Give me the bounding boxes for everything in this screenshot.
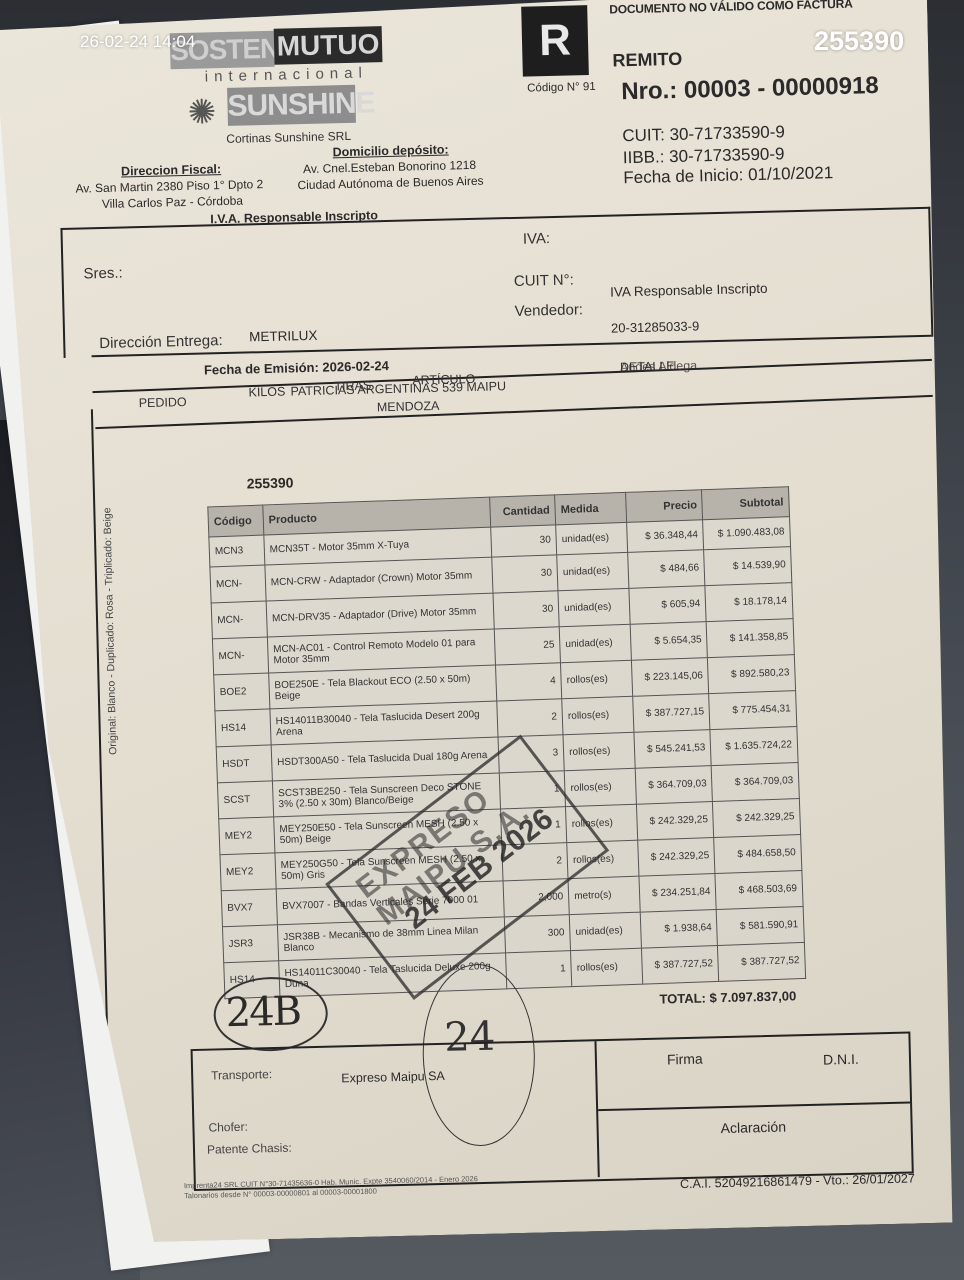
start-date: Fecha de Inicio: 01/10/2021 [623, 163, 833, 188]
cell-quantity: 25 [495, 627, 561, 665]
document-code: Código N° 91 [527, 81, 596, 95]
cell-subtotal: $ 484.658,50 [714, 835, 802, 874]
reference-number-overlay: 255390 [814, 26, 904, 57]
cell-quantity: 30 [491, 525, 557, 557]
dni-label: D.N.I. [823, 1051, 859, 1068]
cell-code: MEY2 [220, 853, 276, 891]
client-cuit-label: CUIT N°: [514, 271, 574, 289]
cell-quantity: 30 [492, 555, 558, 593]
company-cuit: CUIT: 30-71733590-9 [622, 122, 785, 146]
cell-price: $ 545.241,53 [634, 730, 712, 769]
cell-price: $ 223.145,06 [631, 658, 709, 697]
deposit-address-line2: Ciudad Autónoma de Buenos Aires [297, 174, 483, 193]
cell-price: $ 234.251,84 [639, 874, 717, 913]
cell-subtotal: $ 14.539,90 [704, 547, 792, 586]
cell-unit: unidad(es) [569, 912, 641, 950]
cell-quantity: 30 [493, 591, 559, 629]
cell-price: $ 5.654,35 [630, 622, 708, 661]
cell-unit: unidad(es) [558, 588, 630, 626]
cell-subtotal: $ 364.709,03 [712, 763, 800, 802]
cell-price: $ 387.727,15 [632, 694, 710, 733]
handwritten-note: 24B [225, 988, 300, 1036]
deposit-address-line1: Av. Cnel.Esteban Bonorino 1218 [303, 158, 476, 176]
cell-unit: rollos(es) [563, 732, 635, 770]
cell-unit: metro(s) [568, 876, 640, 914]
logo-sunshine: SUNSHINE [227, 85, 356, 126]
cell-price: $ 242.329,25 [637, 838, 715, 877]
cell-subtotal: $ 775.454,31 [709, 691, 797, 730]
cell-code: MCN- [210, 565, 266, 603]
footer-box [191, 1031, 914, 1191]
cell-unit: unidad(es) [556, 522, 628, 554]
clarification-label: Aclaración [720, 1119, 786, 1137]
logo-internacional: internacional [205, 64, 368, 85]
cell-code: JSR3 [222, 925, 278, 963]
sres-label: Sres.: [83, 265, 123, 283]
transport-label: Transporte: [211, 1067, 272, 1082]
cell-quantity: 2 [497, 699, 563, 737]
cell-price: $ 242.329,25 [636, 802, 714, 841]
cell-code: MCN- [211, 601, 267, 639]
cell-quantity: 4 [496, 663, 562, 701]
cell-code: MCN- [212, 637, 268, 675]
cell-unit: unidad(es) [559, 624, 631, 662]
document-letter: R [521, 5, 589, 77]
cell-price: $ 1.938,64 [640, 909, 718, 948]
cell-subtotal: $ 1.635.724,22 [710, 727, 798, 766]
logo-mutuo: MUTUO [274, 26, 383, 65]
cell-price: $ 484,66 [627, 550, 705, 589]
plate-label: Patente Chasis: [207, 1141, 292, 1157]
cell-unit: rollos(es) [562, 696, 634, 734]
issue-date: Fecha de Emisión: 2026-02-24 [204, 358, 389, 378]
cell-unit: unidad(es) [557, 552, 629, 590]
cell-quantity: 1 [506, 951, 572, 989]
cell-unit: rollos(es) [571, 948, 643, 986]
camera-timestamp: 26-02-24 14:04 [80, 32, 195, 52]
iva-label: IVA: [523, 230, 551, 248]
document-number: Nro.: 00003 - 00000918 [621, 72, 879, 106]
cell-subtotal: $ 141.358,85 [707, 619, 795, 658]
sun-icon: ✺ [187, 92, 216, 133]
fiscal-address-line2: Villa Carlos Paz - Córdoba [102, 194, 243, 211]
not-valid-notice: DOCUMENTO NO VÁLIDO COMO FACTURA [609, 0, 853, 17]
vendor-value: 20-31285033-9 [611, 318, 700, 335]
cell-subtotal: $ 892.580,23 [708, 655, 796, 694]
vendor-label: Vendedor: [514, 301, 583, 320]
driver-label: Chofer: [208, 1120, 248, 1135]
cell-code: SCST [217, 781, 273, 819]
col-subtotal: Subtotal [702, 487, 790, 520]
cell-unit: rollos(es) [564, 768, 636, 806]
cell-subtotal: $ 242.329,25 [713, 799, 801, 838]
cell-code: HS14 [215, 709, 271, 747]
cell-code: MEY2 [219, 817, 275, 855]
remito-document: SOSTEN MUTUO internacional ✺ SUNSHINE Co… [0, 0, 957, 1245]
cell-subtotal: $ 1.090.483,08 [703, 517, 791, 550]
cell-code: BVX7 [221, 889, 277, 927]
kilos-header: KILOS [248, 385, 285, 400]
andes-overprint: Andes Aldega [620, 359, 697, 375]
cell-subtotal: $ 18.178,14 [705, 583, 793, 622]
cell-price: $ 605,94 [629, 586, 707, 625]
transport-value: Expreso Maipu SA [341, 1069, 445, 1086]
company-name: Cortinas Sunshine SRL [226, 129, 351, 146]
cell-subtotal: $ 581.590,91 [717, 906, 805, 945]
fiscal-address-title: Direccion Fiscal: [121, 162, 221, 178]
cell-unit: rollos(es) [561, 660, 633, 698]
signature-label: Firma [667, 1051, 703, 1068]
cell-price: $ 36.348,44 [626, 520, 704, 553]
col-price: Precio [625, 490, 703, 523]
cell-code: MCN3 [209, 535, 265, 567]
cell-code: HSDT [216, 745, 272, 783]
delivery-label: Dirección Entrega: [99, 332, 223, 352]
document-type: REMITO [612, 49, 682, 72]
col-code: Código [208, 505, 264, 537]
cell-price: $ 387.727,52 [641, 945, 719, 984]
cell-subtotal: $ 387.727,52 [718, 942, 806, 981]
col-quantity: Cantidad [490, 495, 556, 527]
deposit-address-title: Domicilio depósito: [333, 143, 449, 160]
cell-price: $ 364.709,03 [635, 766, 713, 805]
col-unit: Medida [555, 492, 627, 524]
order-number: 255390 [247, 474, 294, 491]
cell-subtotal: $ 468.503,69 [715, 870, 803, 909]
cell-code: BOE2 [214, 673, 270, 711]
delivery-value: METRILUX [249, 328, 318, 345]
